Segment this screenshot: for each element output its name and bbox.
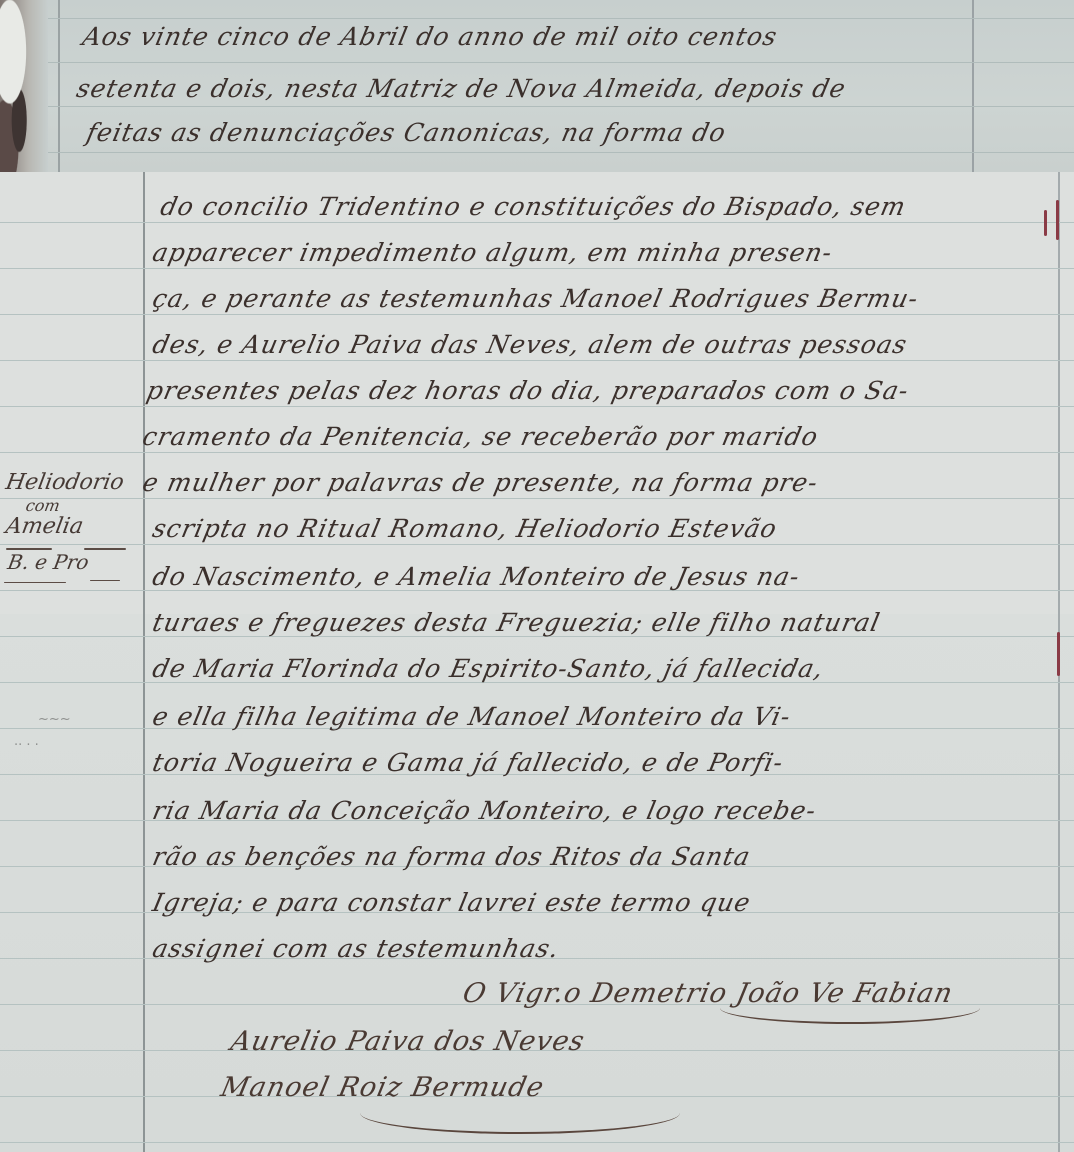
top-document-strip: Aos vinte cinco de Abril do anno de mil … — [0, 0, 1074, 172]
text-line: Aos vinte cinco de Abril do anno de mil … — [80, 22, 780, 51]
margin-note-abbrev: B. e Pro — [6, 550, 91, 574]
text-line: do concilio Tridentino e constituições d… — [158, 192, 909, 221]
ruled-line — [0, 268, 1074, 269]
ruled-line — [0, 360, 1074, 361]
red-ink-mark — [1044, 210, 1047, 236]
red-ink-mark — [1057, 632, 1060, 676]
text-line: ça, e perante as testemunhas Manoel Rodr… — [150, 284, 921, 313]
ruled-line — [0, 406, 1074, 407]
margin-note-conjunction: com — [24, 496, 61, 515]
text-line: e ella filha legitima de Manoel Monteiro… — [150, 702, 794, 731]
main-document-sheet: do concilio Tridentino e constituições d… — [0, 172, 1074, 1152]
torn-page-edge — [0, 0, 48, 172]
text-line: feitas as denunciações Canonicas, na for… — [84, 118, 729, 147]
ruled-line — [0, 544, 1074, 545]
margin-rule-line — [58, 0, 60, 172]
text-line: scripta no Ritual Romano, Heliodorio Est… — [150, 514, 780, 543]
text-line: setenta e dois, nesta Matriz de Nova Alm… — [74, 74, 849, 103]
ruled-line — [0, 314, 1074, 315]
text-line: rão as benções na forma dos Ritos da San… — [150, 842, 753, 871]
margin-note-groom: Heliodorio — [4, 470, 126, 495]
text-line: turaes e freguezes desta Freguezia; elle… — [150, 608, 883, 637]
text-line: e mulher por palavras de presente, na fo… — [140, 468, 821, 497]
faint-marks: ·· · · — [14, 738, 39, 753]
text-line: cramento da Penitencia, se receberão por… — [140, 422, 821, 451]
faint-marks: ~~~ — [38, 712, 71, 727]
signature-witness-1: Aurelio Paiva dos Neves — [228, 1026, 588, 1057]
ruled-line — [48, 106, 1074, 107]
text-line: presentes pelas dez horas do dia, prepar… — [144, 376, 912, 405]
red-ink-mark — [1056, 200, 1059, 240]
ruled-line — [48, 152, 1074, 153]
ruled-line — [48, 62, 1074, 63]
text-line: ria Maria da Conceição Monteiro, e logo … — [150, 796, 819, 825]
ruled-line — [0, 452, 1074, 453]
margin-rule-line — [143, 172, 145, 1152]
text-line: do Nascimento, e Amelia Monteiro de Jesu… — [150, 562, 803, 591]
text-line: assignei com as testemunhas. — [150, 934, 562, 963]
signature-flourish — [720, 992, 980, 1024]
text-line: de Maria Florinda do Espirito-Santo, já … — [150, 654, 827, 683]
text-line: des, e Aurelio Paiva das Neves, alem de … — [150, 330, 910, 359]
text-line: Igreja; e para constar lavrei este termo… — [150, 888, 754, 917]
signature-flourish — [360, 1092, 680, 1134]
ruled-line — [0, 1142, 1074, 1143]
ruled-line — [0, 222, 1074, 223]
ruled-line — [0, 498, 1074, 499]
margin-note-bride: Amelia — [4, 514, 85, 539]
ruled-line — [48, 18, 1074, 19]
margin-underline — [90, 580, 120, 581]
margin-underline — [4, 582, 66, 583]
text-line: apparecer impedimento algum, em minha pr… — [150, 238, 835, 267]
text-line: toria Nogueira e Gama já fallecido, e de… — [150, 748, 786, 777]
right-rule-line — [972, 0, 974, 172]
